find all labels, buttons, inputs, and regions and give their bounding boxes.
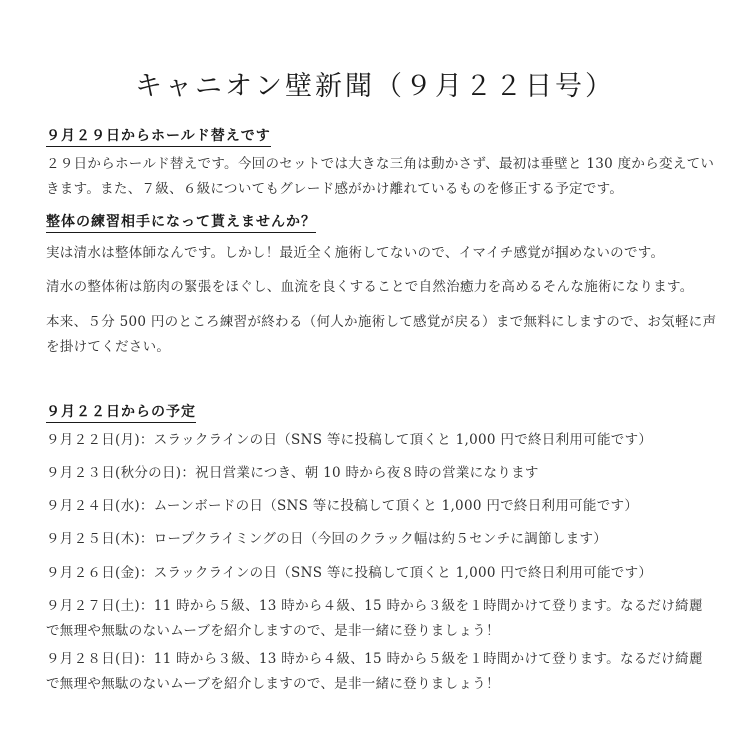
section-heading-hold-change: ９月２９日からホールド替えです: [46, 125, 271, 147]
schedule-item: ９月２４日(水)：ムーンボードの日（SNS 等に投稿して頂くと 1,000 円で…: [46, 494, 706, 519]
page-title: キャニオン壁新聞（９月２２日号）: [0, 64, 750, 103]
schedule-item: ９月２６日(金)：スラックラインの日（SNS 等に投稿して頂くと 1,000 円…: [46, 561, 706, 586]
schedule-item: ９月２８日(日)：11 時から３級、13 時から４級、15 時から５級を１時間か…: [46, 647, 706, 697]
schedule-item: ９月２５日(木)：ロープクライミングの日（今回のクラック幅は約５センチに調節しま…: [46, 527, 706, 552]
seitai-paragraph-3: 本来、５分 500 円のところ練習が終わる（何人か施術して感覚が戻る）まで無料に…: [46, 310, 726, 360]
section-heading-schedule: ９月２２日からの予定: [46, 401, 196, 423]
section-heading-seitai: 整体の練習相手になって貰えませんか？: [46, 211, 316, 233]
hold-change-paragraph: ２９日からホールド替えです。今回のセットでは大きな三角は動かさず、最初は垂壁と …: [46, 152, 726, 202]
schedule-item: ９月２３日(秋分の日)：祝日営業につき、朝 10 時から夜８時の営業になります: [46, 461, 706, 486]
schedule-item: ９月２２日(月)：スラックラインの日（SNS 等に投稿して頂くと 1,000 円…: [46, 428, 706, 453]
seitai-paragraph-1: 実は清水は整体師なんです。しかし！最近全く施術してないので、イマイチ感覚が掴めな…: [46, 241, 726, 266]
schedule-item: ９月２７日(土)：11 時から５級、13 時から４級、15 時から３級を１時間か…: [46, 594, 706, 644]
seitai-paragraph-2: 清水の整体術は筋肉の緊張をほぐし、血流を良くすることで自然治癒力を高めるそんな施…: [46, 275, 726, 300]
